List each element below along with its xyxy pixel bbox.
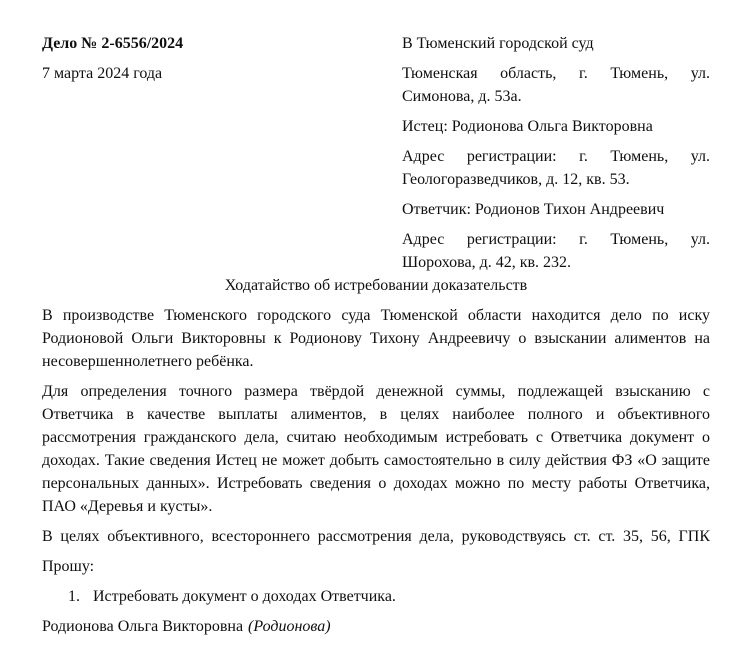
court-address: Тюменская область, г. Тюмень, ул. Симоно… <box>402 62 710 108</box>
court-and-parties-block: В Тюменский городской суд Тюменская обла… <box>402 32 710 274</box>
signature-name: Родионова Ольга Викторовна <box>42 618 243 635</box>
plaintiff-address: Адрес регистрации: г. Тюмень, ул. Геолог… <box>402 145 710 191</box>
defendant-address: Адрес регистрации: г. Тюмень, ул. Шорохо… <box>402 228 710 274</box>
case-info-block: Дело № 2-6556/2024 7 марта 2024 года <box>42 32 372 92</box>
defendant-address-line-1: Адрес регистрации: г. Тюмень, ул. <box>402 228 710 251</box>
court-name: В Тюменский городской суд <box>402 32 710 55</box>
document-page: Дело № 2-6556/2024 7 марта 2024 года В Т… <box>0 0 750 647</box>
plaintiff-address-line-2: Геологоразведчиков, д. 12, кв. 53. <box>402 168 710 191</box>
court-address-line-1: Тюменская область, г. Тюмень, ул. <box>402 62 710 85</box>
signature-note: (Родионова) <box>248 618 331 635</box>
request-intro: Прошу: <box>42 555 710 578</box>
request-item-text: Истребовать документ о доходах Ответчика… <box>93 588 396 605</box>
defendant-name-line: Ответчик: Родионов Тихон Андреевич <box>402 198 710 221</box>
defendant-address-line-2: Шорохова, д. 42, кв. 232. <box>402 251 710 274</box>
paragraph-case-description: В производстве Тюменского городского суд… <box>42 304 710 373</box>
plaintiff-name: Истец: Родионова Ольга Викторовна <box>402 115 710 138</box>
court-address-line-2: Симонова, д. 53а. <box>402 85 710 108</box>
plaintiff-name-line: Истец: Родионова Ольга Викторовна <box>402 115 710 138</box>
signature-line: Родионова Ольга Викторовна(Родионова) <box>42 615 710 638</box>
defendant-name: Ответчик: Родионов Тихон Андреевич <box>402 198 710 221</box>
paragraph-justification: Для определения точного размера твёрдой … <box>42 380 710 518</box>
request-item: 1.Истребовать документ о доходах Ответчи… <box>42 585 710 608</box>
document-title: Ходатайство об истребовании доказательст… <box>42 274 710 297</box>
case-number: Дело № 2-6556/2024 <box>42 32 372 55</box>
document-header: Дело № 2-6556/2024 7 марта 2024 года В Т… <box>42 32 710 274</box>
plaintiff-address-line-1: Адрес регистрации: г. Тюмень, ул. <box>402 145 710 168</box>
document-date: 7 марта 2024 года <box>42 62 372 85</box>
request-item-number: 1. <box>68 585 93 608</box>
paragraph-legal-basis: В целях объективного, всестороннего расс… <box>42 525 710 548</box>
court-name-line: В Тюменский городской суд <box>402 32 710 55</box>
